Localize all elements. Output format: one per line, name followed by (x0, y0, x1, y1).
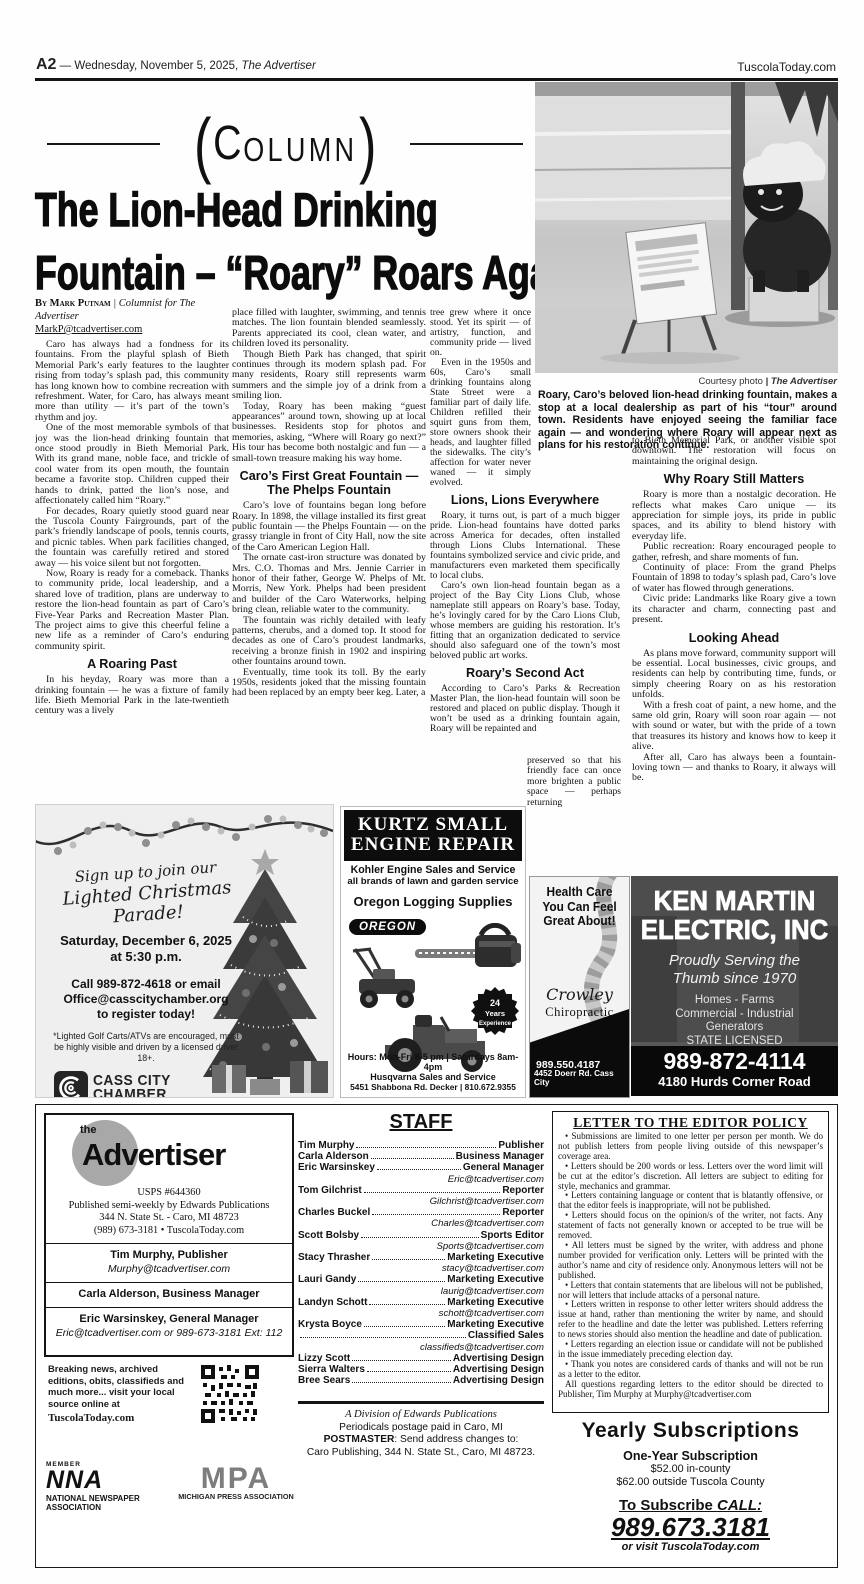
staff-row: Bree Sears Advertising Design (298, 1375, 544, 1386)
mpa-initials: MPA (176, 1465, 296, 1493)
crowley-headline: Health Care You Can Feel Great About! (536, 885, 622, 929)
staff-role: General Manager (463, 1162, 544, 1173)
masthead-general-contact: Eric@tcadvertiser.com or 989-673-3181 Ex… (46, 1326, 292, 1340)
masthead-info: USPS #644360 Published semi-weekly by Ed… (46, 1187, 292, 1237)
kenmartin-band: 989-872-4114 4180 Hurds Corner Road (631, 1046, 838, 1096)
staff-leader-dots (358, 1281, 445, 1282)
staff-leader-dots (361, 1237, 479, 1238)
article-block: For decades, Roary quietly stood guard n… (35, 507, 229, 569)
staff-leader-dots (371, 1158, 454, 1159)
staff-row: Tom Gilchrist Reporter (298, 1185, 544, 1196)
ad-ken-martin-electric: KEN MARTIN ELECTRIC, INC Proudly Serving… (631, 876, 838, 1096)
ad-fine-print: *Lighted Golf Carts/ATVs are encouraged,… (50, 1031, 242, 1064)
subscription-plan: One-Year Subscription (550, 1449, 831, 1463)
bottom-section: the Advertiser USPS #644360 Published se… (35, 1104, 838, 1568)
headline-line1: The Lion-Head Drinking (35, 184, 438, 235)
staff-section: STAFF Tim Murphy Publisher Carla Alderso… (298, 1111, 544, 1386)
postmaster-label: POSTMASTER (324, 1434, 395, 1445)
kurtz-brands-line: all brands of lawn and garden service (341, 876, 525, 887)
article-block: Roary is more than a nostalgic decoratio… (632, 490, 836, 542)
letter-policy-closing: All questions regarding letters to the e… (558, 1380, 823, 1400)
staff-row: Carla Alderson Business Manager (298, 1151, 544, 1162)
staff-role: Sports Editor (481, 1230, 544, 1241)
staff-role: Reporter (502, 1207, 544, 1218)
staff-leader-dots (300, 1337, 466, 1338)
staff-name: Tom Gilchrist (298, 1185, 362, 1196)
masthead-publisher: Tim Murphy, Publisher (46, 1249, 292, 1262)
chamber-c-icon (54, 1071, 88, 1098)
article-block: Eventually, time took its toll. By the e… (232, 668, 426, 699)
staff-role: Marketing Executive (447, 1252, 544, 1263)
letter-policy-bullet: Letters regarding an election issue or c… (558, 1340, 823, 1360)
staff-row: Eric Warsinskey General Manager (298, 1162, 544, 1173)
staff-name: Landyn Schott (298, 1297, 367, 1308)
staff-row: schott@tcadvertiser.com (298, 1308, 544, 1319)
kicker-rule-left (47, 143, 160, 145)
article-block: Roary’s Second Act (430, 666, 620, 680)
photo-wrap-spacer (531, 308, 620, 470)
chamber-logo: CASS CITY CHAMBER (54, 1071, 178, 1098)
masthead-publisher-email: Murphy@tcadvertiser.com (46, 1262, 292, 1276)
kicker-rule-right (410, 143, 523, 145)
masthead-box: the Advertiser USPS #644360 Published se… (44, 1113, 294, 1357)
kicker-initial: C (213, 120, 243, 168)
article-column-2: place filled with laughter, swimming, an… (232, 308, 426, 792)
byline-email: MarkP@tcadvertiser.com (35, 323, 235, 336)
photo-credit-paper: | The Advertiser (766, 376, 837, 387)
kenmartin-tagline-1: Proudly Serving the (631, 952, 838, 970)
article-block: Caro’s own lion-head fountain began as a… (430, 581, 620, 661)
headline: The Lion-Head Drinking Fountain – “Roary… (35, 184, 595, 310)
staff-leader-dots (352, 1360, 451, 1361)
letter-policy-bullet: Letters that contain statements that are… (558, 1281, 823, 1301)
staff-row: Landyn Schott Marketing Executive (298, 1297, 544, 1308)
subscriptions-section: Yearly Subscriptions One-Year Subscripti… (550, 1419, 831, 1553)
division-rule (298, 1401, 544, 1404)
kenmartin-service-line: Commercial - Industrial (631, 1008, 838, 1022)
crowley-headline-1: Health Care (536, 885, 622, 900)
byline: By Mark Putnam | Columnist for The Adver… (35, 297, 235, 336)
kurtz-title-line2: ENGINE REPAIR (344, 835, 522, 855)
crowley-address: 4452 Doerr Rd. Cass City (534, 1069, 629, 1087)
staff-role: Gilchrist@tcadvertiser.com (430, 1196, 544, 1207)
staff-name: Lauri Gandy (298, 1274, 356, 1285)
ad-christmas-parade: Sign up to join our Lighted Christmas Pa… (35, 804, 334, 1098)
staff-name: Bree Sears (298, 1375, 350, 1386)
staff-leader-dots (364, 1192, 501, 1193)
subscription-price-outcounty: $62.00 outside Tuscola County (550, 1476, 831, 1489)
staff-list: Tim Murphy Publisher Carla Alderson Busi… (298, 1140, 544, 1386)
svg-text:24: 24 (490, 998, 500, 1008)
staff-row: Gilchrist@tcadvertiser.com (298, 1196, 544, 1207)
svg-text:Experience: Experience (479, 1021, 512, 1027)
kenmartin-tagline: Proudly Serving the Thumb since 1970 (631, 952, 838, 988)
staff-row: classifieds@tcadvertiser.com (298, 1342, 544, 1353)
staff-leader-dots (377, 1169, 461, 1170)
kurtz-oregon-line: Oregon Logging Supplies (341, 894, 525, 909)
article-block: After all, Caro has always been a founta… (632, 753, 836, 784)
article-column-3-tail: preserved so that his friendly face can … (527, 756, 621, 872)
kurtz-footer: Hours: Mon-Fri 8-5 pm | Saturdays 8am-4p… (341, 1052, 525, 1092)
masthead-usps: USPS #644360 (46, 1187, 292, 1200)
letter-policy-bullet: All letters must be signed by the writer… (558, 1241, 823, 1281)
division-info: A Division of Edwards Publications Perio… (292, 1409, 550, 1459)
staff-row: Charles@tcadvertiser.com (298, 1218, 544, 1229)
subscriptions-title: Yearly Subscriptions (550, 1419, 831, 1443)
photo-credit-label: Courtesy photo (698, 376, 765, 387)
article-block: With a fresh coat of paint, a new home, … (632, 701, 836, 753)
article-block: Today, Roary has been making “guest appe… (232, 402, 426, 464)
online-promo-text: Breaking news, archived editions, obits,… (48, 1363, 184, 1409)
advertiser-logo-the: the (80, 1124, 97, 1136)
division-line2: Periodicals postage paid in Caro, MI (292, 1422, 550, 1435)
svg-text:Years: Years (485, 1009, 505, 1018)
kenmartin-title-1: KEN MARTIN (639, 886, 829, 915)
page-header: A2 — Wednesday, November 5, 2025, The Ad… (36, 56, 836, 74)
postmaster-rest: : Send address changes to: (394, 1434, 518, 1445)
kenmartin-services: Homes - FarmsCommercial - IndustrialGene… (631, 994, 838, 1048)
article-column-3: tree grew where it once stood. Yet its s… (430, 308, 620, 755)
staff-role: schott@tcadvertiser.com (439, 1308, 544, 1319)
staff-row: Sierra Walters Advertising Design (298, 1364, 544, 1375)
staff-role: stacy@tcadvertiser.com (442, 1263, 544, 1274)
staff-row: Classified Sales (298, 1330, 544, 1341)
kurtz-address: 5451 Shabbona Rd. Decker | 810.672.9355 (341, 1082, 525, 1092)
ad-contact-email: Office@casscitychamber.org (42, 992, 250, 1007)
article-block: The ornate cast-iron structure was donat… (232, 553, 426, 615)
online-promo: Breaking news, archived editions, obits,… (48, 1363, 188, 1425)
masthead-address: 344 N. State St. - Caro, MI 48723 (46, 1212, 292, 1225)
staff-leader-dots (356, 1147, 496, 1148)
advertiser-logo: the Advertiser (46, 1115, 292, 1187)
staff-role: Marketing Executive (447, 1319, 544, 1330)
kurtz-kohler-line: Kohler Engine Sales and Service (341, 864, 525, 876)
staff-role: Advertising Design (453, 1353, 544, 1364)
page-number: A2 (36, 56, 56, 73)
staff-name: Krysta Boyce (298, 1319, 362, 1330)
staff-header: STAFF (298, 1111, 544, 1134)
kenmartin-phone: 989-872-4114 (631, 1048, 838, 1074)
kenmartin-service-line: Generators (631, 1021, 838, 1035)
masthead-divider (46, 1307, 292, 1308)
advertiser-logo-name: Advertiser (82, 1137, 225, 1173)
byline-author: By Mark Putnam (35, 298, 111, 309)
column-kicker: ( C OLUMN ) (35, 102, 535, 186)
staff-leader-dots (372, 1214, 500, 1215)
article-block: place filled with laughter, swimming, an… (232, 308, 426, 350)
staff-name: Stacy Thrasher (298, 1252, 370, 1263)
kenmartin-tagline-2: Thumb since 1970 (631, 970, 838, 988)
kenmartin-address: 4180 Hurds Corner Road (631, 1074, 838, 1089)
article-block: A Roaring Past (35, 657, 229, 671)
ad-crowley-chiropractic: Health Care You Can Feel Great About! Cr… (529, 876, 630, 1098)
staff-leader-dots (364, 1326, 445, 1327)
article-column-1: Caro has always had a fondness for its f… (35, 340, 229, 792)
article-block: Lions, Lions Everywhere (430, 493, 620, 507)
staff-leader-dots (352, 1382, 451, 1383)
site-url: TuscolaToday.com (737, 60, 836, 74)
letter-policy-bullet: Letters should be 200 words or less. Let… (558, 1162, 823, 1192)
kenmartin-title: KEN MARTIN ELECTRIC, INC (639, 886, 829, 944)
letter-policy-bullets: Submissions are limited to one letter pe… (558, 1132, 823, 1380)
staff-role: Advertising Design (453, 1375, 544, 1386)
crowley-headline-2: You Can Feel (536, 900, 622, 915)
kenmartin-service-line: Homes - Farms (631, 994, 838, 1008)
article-block: Caro’s love of fountains began long befo… (232, 501, 426, 553)
staff-row: Stacy Thrasher Marketing Executive (298, 1252, 544, 1263)
staff-role: classifieds@tcadvertiser.com (420, 1342, 544, 1353)
page-dateline: — Wednesday, November 5, 2025, (60, 60, 242, 72)
ad-kurtz-small-engine: KURTZ SMALL ENGINE REPAIR Kohler Engine … (340, 806, 526, 1098)
kurtz-title-line1: KURTZ SMALL (344, 815, 522, 835)
nna-name: NATIONAL NEWSPAPER ASSOCIATION (46, 1494, 166, 1512)
staff-role: Sports@tcadvertiser.com (437, 1241, 545, 1252)
subscribe-alt: or visit TuscolaToday.com (550, 1541, 831, 1553)
staff-name: Lizzy Scott (298, 1353, 350, 1364)
staff-name: Sierra Walters (298, 1364, 365, 1375)
crowley-headline-3: Great About! (536, 914, 622, 929)
newspaper-page: A2 — Wednesday, November 5, 2025, The Ad… (0, 0, 864, 1584)
staff-role: Marketing Executive (447, 1274, 544, 1285)
subscribe-phone: 989.673.3181 (550, 1514, 831, 1541)
staff-row: laurig@tcadvertiser.com (298, 1286, 544, 1297)
ad-event-day: Saturday, December 6, 2025 (46, 933, 246, 949)
mpa-name: MICHIGAN PRESS ASSOCIATION (176, 1493, 296, 1502)
chamber-name: CASS CITY CHAMBER (93, 1074, 171, 1098)
staff-row: Tim Murphy Publisher (298, 1140, 544, 1151)
article-block: The fountain was richly detailed with le… (232, 616, 426, 668)
ad-event-date: Saturday, December 6, 2025 at 5:30 p.m. (46, 933, 246, 965)
division-line1: A Division of Edwards Publications (292, 1409, 550, 1422)
headline-line2: Fountain – “Roary” Roars Again (35, 247, 581, 298)
staff-leader-dots (369, 1304, 445, 1305)
staff-name: Carla Alderson (298, 1151, 369, 1162)
masthead-business-manager: Carla Alderson, Business Manager (46, 1288, 292, 1301)
staff-row: Charles Buckel Reporter (298, 1207, 544, 1218)
masthead-divider (46, 1282, 292, 1283)
kicker-bracket-right: ) (359, 107, 376, 181)
staff-role: Classified Sales (468, 1330, 544, 1341)
crowley-name-script: Crowley (534, 985, 625, 1004)
staff-row: Lauri Gandy Marketing Executive (298, 1274, 544, 1285)
page-dateline-paper: The Advertiser (241, 60, 315, 72)
chamber-name-line2: CHAMBER (93, 1088, 171, 1098)
masthead-divider (46, 1243, 292, 1244)
staff-row: Scott Bolsby Sports Editor (298, 1230, 544, 1241)
letter-policy-title: LETTER TO THE EDITOR POLICY (558, 1115, 823, 1131)
kurtz-hours: Hours: Mon-Fri 8-5 pm | Saturdays 8am-4p… (341, 1052, 525, 1072)
letter-policy-bullet: Thank you notes are considered cards of … (558, 1360, 823, 1380)
letter-policy-box: LETTER TO THE EDITOR POLICY Submissions … (552, 1111, 829, 1413)
staff-row: stacy@tcadvertiser.com (298, 1263, 544, 1274)
staff-role: Publisher (498, 1140, 544, 1151)
staff-leader-dots (367, 1371, 451, 1372)
staff-row: Sports@tcadvertiser.com (298, 1241, 544, 1252)
staff-role: Eric@tcadvertiser.com (448, 1174, 544, 1185)
article-block: Continuity of place: From the grand Phel… (632, 563, 836, 594)
article-block: Though Bieth Park has changed, that spir… (232, 350, 426, 402)
staff-name: Tim Murphy (298, 1140, 354, 1151)
nna-logo: MEMBER NNA NATIONAL NEWSPAPER ASSOCIATIO… (46, 1461, 166, 1512)
ad-contact-phone: Call 989-872-4618 or email (42, 977, 250, 992)
kicker-rest: OLUMN (243, 123, 357, 166)
letter-policy-bullet: Letters containing language or content t… (558, 1191, 823, 1211)
letter-policy-bullet: Letters should focus on the opinion/s of… (558, 1211, 823, 1241)
staff-leader-dots (372, 1259, 445, 1260)
masthead-published: Published semi-weekly by Edwards Publica… (46, 1200, 292, 1213)
article-block: Looking Ahead (632, 631, 836, 645)
article-block: One of the most memorable symbols of tha… (35, 423, 229, 506)
kicker-bracket-left: ( (194, 107, 211, 181)
letter-policy-bullet: Submissions are limited to one letter pe… (558, 1132, 823, 1162)
article-block: In his heyday, Roary was more than a dri… (35, 675, 229, 717)
staff-role: Business Manager (456, 1151, 544, 1162)
article-block: Caro’s First Great Fountain — The Phelps… (232, 469, 426, 497)
ad-contact-cta: to register today! (42, 1007, 250, 1022)
article-block: Caro has always had a fondness for its f… (35, 340, 229, 423)
ad-event-time: at 5:30 p.m. (46, 949, 246, 965)
article-block: to Bieth Memorial Park, or another visib… (632, 436, 836, 467)
article-block: Now, Roary is ready for a comeback. Than… (35, 569, 229, 652)
header-rule (35, 78, 838, 81)
ad-contact: Call 989-872-4618 or email Office@cassci… (42, 977, 250, 1022)
staff-role: Charles@tcadvertiser.com (431, 1218, 544, 1229)
staff-name: Scott Bolsby (298, 1230, 359, 1241)
online-promo-site: TuscolaToday.com (48, 1413, 188, 1425)
qr-code-icon (201, 1365, 259, 1423)
article-block: As plans move forward, community support… (632, 649, 836, 701)
kenmartin-title-2: ELECTRIC, INC (639, 915, 829, 944)
article-block: Civic pride: Landmarks like Roary give a… (632, 594, 836, 625)
experience-badge-icon: 24 Years Experience (469, 985, 521, 1037)
article-block: Roary, it turns out, is part of a much b… (430, 511, 620, 581)
chainsaw-icon (415, 923, 521, 979)
article-block: Why Roary Still Matters (632, 472, 836, 486)
kicker-text: ( C OLUMN ) (192, 112, 378, 176)
masthead-general-manager: Eric Warsinskey, General Manager (46, 1313, 292, 1326)
crowley-name: Crowley Chiropractic (534, 985, 625, 1020)
staff-name: Charles Buckel (298, 1207, 370, 1218)
nna-initials: NNA (46, 1468, 166, 1492)
staff-role: Marketing Executive (447, 1297, 544, 1308)
masthead-phone-site: (989) 673-3181 • TuscolaToday.com (46, 1225, 292, 1238)
division-line4: Caro Publishing, 344 N. State St., Caro,… (292, 1447, 550, 1460)
staff-role: laurig@tcadvertiser.com (441, 1286, 544, 1297)
mpa-logo: MPA MICHIGAN PRESS ASSOCIATION (176, 1465, 296, 1502)
staff-row: Lizzy Scott Advertising Design (298, 1353, 544, 1364)
staff-name: Eric Warsinskey (298, 1162, 375, 1173)
subscription-price-incounty: $52.00 in-county (550, 1463, 831, 1476)
letter-policy-bullet: Letters written in response to other let… (558, 1300, 823, 1340)
staff-role: Advertising Design (453, 1364, 544, 1375)
kurtz-title: KURTZ SMALL ENGINE REPAIR (344, 810, 522, 861)
staff-row: Krysta Boyce Marketing Executive (298, 1319, 544, 1330)
staff-role: Reporter (502, 1185, 544, 1196)
kurtz-service-line: Husqvarna Sales and Service (341, 1072, 525, 1082)
article-column-4: to Bieth Memorial Park, or another visib… (632, 436, 836, 792)
article-block: Public recreation: Roary encouraged peop… (632, 542, 836, 563)
staff-row: Eric@tcadvertiser.com (298, 1174, 544, 1185)
article-block: According to Caro’s Parks & Recreation M… (430, 684, 620, 734)
